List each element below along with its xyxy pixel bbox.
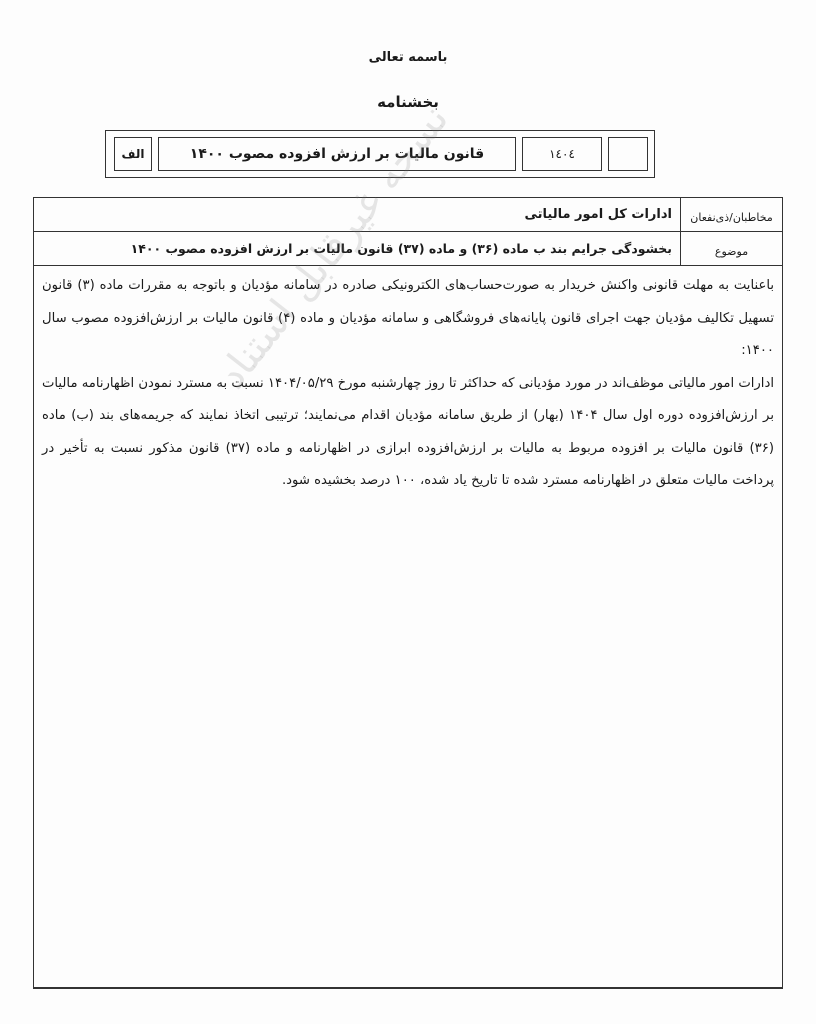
code-number-cell: ١٤٠٤ — [522, 137, 602, 171]
document-code-box: ١٤٠٤ قانون مالیات بر ارزش افزوده مصوب ۱۴… — [105, 130, 655, 178]
circular-body-frame: مخاطبان/ذی‌نفعان ادارات کل امور مالیاتی … — [33, 197, 783, 989]
recipient-label: مخاطبان/ذی‌نفعان — [680, 198, 782, 231]
recipient-row: مخاطبان/ذی‌نفعان ادارات کل امور مالیاتی — [34, 198, 782, 232]
subject-value: بخشودگی جرایم بند ب ماده (۳۶) و ماده (۳۷… — [34, 232, 672, 265]
body-paragraph-intro: باعنایت به مهلت قانونی واکنش خریدار به ص… — [42, 270, 774, 368]
document-title: بخشنامه — [0, 93, 816, 111]
invocation-heading: باسمه تعالی — [0, 50, 816, 65]
document-page: باسمه تعالی بخشنامه ١٤٠٤ قانون مالیات بر… — [0, 0, 816, 1024]
subject-label: موضوع — [680, 232, 782, 265]
code-blank-cell — [608, 137, 648, 171]
body-paragraph-directive: ادارات امور مالیاتی موظف‌اند در مورد مؤد… — [42, 368, 774, 498]
body-text: باعنایت به مهلت قانونی واکنش خریدار به ص… — [42, 270, 774, 498]
recipient-value: ادارات کل امور مالیاتی — [34, 198, 672, 231]
code-law-cell: قانون مالیات بر ارزش افزوده مصوب ۱۴۰۰ — [158, 137, 516, 171]
subject-row: موضوع بخشودگی جرایم بند ب ماده (۳۶) و ما… — [34, 232, 782, 266]
code-series-cell: الف — [114, 137, 152, 171]
